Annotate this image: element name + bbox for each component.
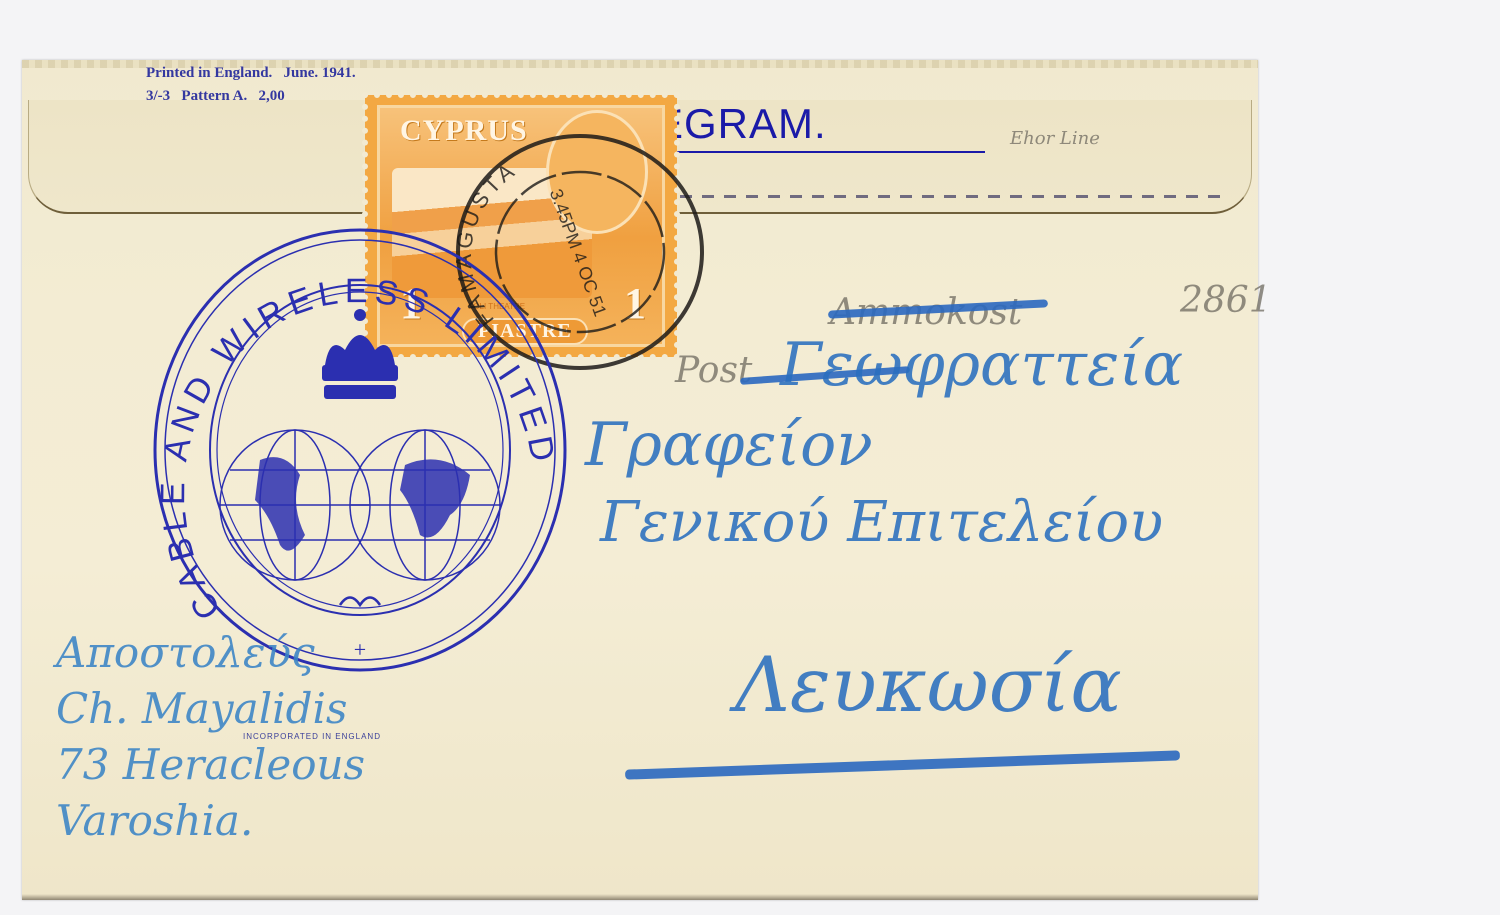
sender-address: Αποστολεύς Ch. Mayalidis 73 Heracleous V… bbox=[56, 625, 365, 849]
svg-text:CABLE AND WIRELESS LIMITED: CABLE AND WIRELESS LIMITED bbox=[154, 272, 563, 626]
sender-line-2: Ch. Mayalidis bbox=[56, 684, 347, 733]
imprint-line-1: Printed in England. June. 1941. bbox=[146, 65, 356, 81]
printer-imprint: Printed in England. June. 1941. 3/-3 Pat… bbox=[146, 62, 356, 108]
recipient-line-2: Γραφείον bbox=[585, 410, 873, 480]
crown-icon bbox=[322, 309, 398, 399]
pencil-number: 2861 bbox=[1180, 280, 1272, 321]
pencil-post: Post bbox=[675, 350, 752, 391]
sender-line-1: Αποστολεύς bbox=[56, 628, 315, 677]
recipient-line-1: Γεωφραττεία bbox=[780, 330, 1183, 400]
recipient-line-3: Γενικού Επιτελείου bbox=[600, 490, 1163, 555]
imprint-line-2: 3/-3 Pattern A. 2,00 bbox=[146, 88, 285, 104]
sender-line-4: Varoshia. bbox=[56, 796, 253, 845]
sender-line-3: 73 Heracleous bbox=[56, 740, 365, 789]
ornament-icon bbox=[340, 598, 380, 606]
recipient-line-4: Λευκωσία bbox=[735, 640, 1122, 729]
flap-torn-edge bbox=[680, 195, 1220, 198]
seal-ring-text: CABLE AND WIRELESS LIMITED bbox=[154, 272, 563, 626]
pencil-note: Ehor Line bbox=[1010, 128, 1100, 149]
cable-and-wireless-seal-icon: CABLE AND WIRELESS LIMITED + bbox=[150, 215, 570, 675]
